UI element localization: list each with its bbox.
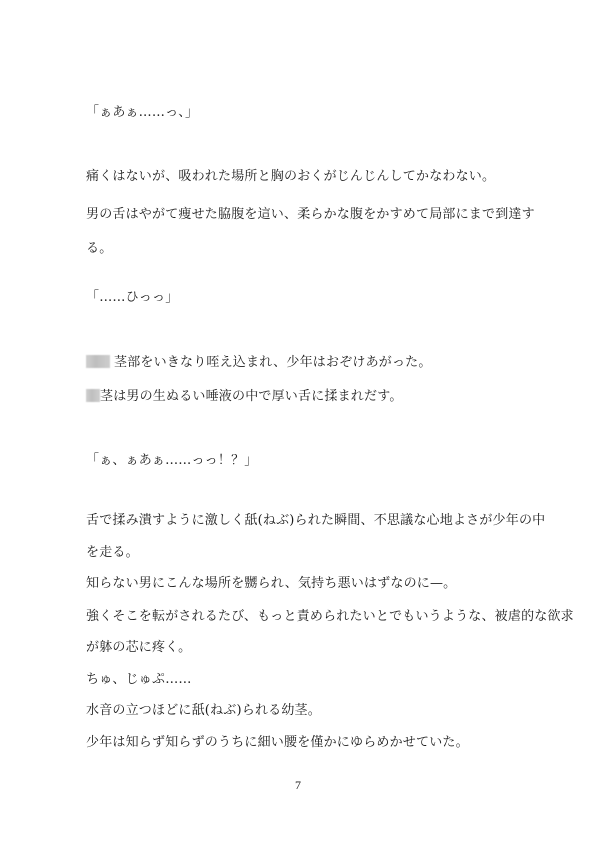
dialogue-line: 「ぁ、ぁあぁ……っっ！？」 — [86, 453, 257, 469]
document-page: 「ぁあぁ……っ、」 痛くはないが、吸われた場所と胸のおくがじんじんしてかなわない… — [0, 0, 596, 842]
paragraph-line: 茎部をいきなり咥え込まれ、少年はおぞけあがった。 — [86, 355, 432, 371]
line-text: 茎部をいきなり咥え込まれ、少年はおぞけあがった。 — [114, 355, 432, 370]
censor-block — [86, 389, 100, 402]
page-number: 7 — [0, 778, 596, 793]
paragraph-line: 強くそこを転がされるたび、もっと責められたいとでもいうような、被虐的な欲求 — [86, 609, 574, 625]
paragraph-line: 男の舌はやがて痩せた脇腹を這い、柔らかな腹をかすめて局部にまで到達す — [86, 207, 535, 223]
paragraph-line: 舌で揉み潰すように激しく舐(ねぶ)られた瞬間、不思議な心地よさが少年の中 — [86, 513, 545, 529]
paragraph-line: ちゅ、じゅぷ…… — [86, 672, 192, 688]
paragraph-line: 知らない男にこんな場所を嬲られ、気持ち悪いはずなのに—。 — [86, 576, 456, 592]
paragraph-line: る。 — [86, 241, 112, 257]
paragraph-line: 茎は男の生ぬるい唾液の中で厚い舌に揉まれだす。 — [86, 389, 403, 405]
paragraph-line: 痛くはないが、吸われた場所と胸のおくがじんじんしてかなわない。 — [86, 169, 495, 185]
paragraph-line: を走る。 — [86, 545, 139, 561]
paragraph-line: 水音の立つほどに舐(ねぶ)られる幼茎。 — [86, 703, 321, 719]
dialogue-line: 「……ひっっ」 — [86, 290, 178, 306]
dialogue-line: 「ぁあぁ……っ、」 — [86, 105, 198, 121]
censor-block — [86, 355, 110, 368]
paragraph-line: 少年は知らず知らずのうちに細い腰を僅かにゆらめかせていた。 — [86, 735, 469, 751]
paragraph-line: が躰の芯に疼く。 — [86, 640, 191, 656]
line-text: 茎は男の生ぬるい唾液の中で厚い舌に揉まれだす。 — [100, 389, 403, 404]
